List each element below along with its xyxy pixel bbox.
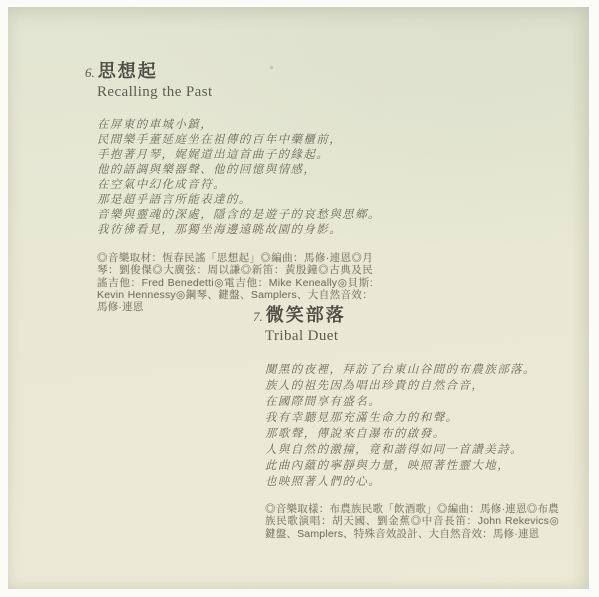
credits-text: ◎音樂取樣：布農族民歌「飲酒歌」◎編曲：馬修·連恩◎布農族民歌演唱：胡天國、劉金… bbox=[265, 503, 559, 540]
poem-line: 我有幸聽見那充滿生命力的和聲。 bbox=[265, 410, 559, 426]
poem-line: 族人的祖先因為唱出珍貴的自然合音， bbox=[265, 378, 559, 394]
track-section-tribal-duet: 7.微笑部落 Tribal Duet 闃黑的夜裡，拜訪了台東山谷間的布農族部落。… bbox=[253, 301, 559, 540]
poem-line: 闃黑的夜裡，拜訪了台東山谷間的布農族部落。 bbox=[265, 362, 559, 378]
track-number: 7. bbox=[253, 309, 263, 324]
poem-line: 在國際間享有盛名。 bbox=[265, 394, 559, 410]
track-title-row: 7.微笑部落 bbox=[253, 301, 559, 327]
poem-line: 他的語調與樂器聲、他的回憶與情感， bbox=[97, 163, 385, 178]
poem-line: 此曲內蘊的寧靜與力量，映照著性靈大地， bbox=[265, 458, 559, 474]
track-title-zh: 思想起 bbox=[98, 61, 158, 81]
poem-line: 在屏東的車城小鎮， bbox=[97, 118, 385, 133]
paper-background: 6.思想起 Recalling the Past 在屏東的車城小鎮， 民間樂手董… bbox=[8, 7, 589, 589]
poem-line: 那是超乎語言所能表達的。 bbox=[97, 193, 385, 208]
track-title-en: Tribal Duet bbox=[265, 328, 559, 345]
track-number: 6. bbox=[85, 65, 95, 80]
poem-line: 人與自然的激撞，竟和諧得如同一首讚美詩。 bbox=[265, 442, 559, 458]
poem-line: 那歌聲，傳說來自瀑布的啟發。 bbox=[265, 426, 559, 442]
track-section-recalling-the-past: 6.思想起 Recalling the Past 在屏東的車城小鎮， 民間樂手董… bbox=[85, 57, 385, 313]
track-title-en: Recalling the Past bbox=[97, 84, 385, 101]
poem-line: 音樂與靈魂的深處，隱含的是遊子的哀愁與思鄉。 bbox=[97, 208, 385, 223]
track-title-row: 6.思想起 bbox=[85, 57, 385, 83]
poem-line: 也映照著人們的心。 bbox=[265, 474, 559, 490]
poem: 闃黑的夜裡，拜訪了台東山谷間的布農族部落。 族人的祖先因為唱出珍貴的自然合音， … bbox=[265, 362, 559, 490]
track-title-zh: 微笑部落 bbox=[266, 305, 346, 325]
poem-line: 我彷彿看見，那獨坐海邊遠眺故園的身影。 bbox=[97, 223, 385, 238]
poem-line: 民間樂手董延庭坐在祖傳的百年中藥櫃前， bbox=[97, 133, 385, 148]
poem-line: 手抱著月琴，娓娓道出這首曲子的緣起。 bbox=[97, 148, 385, 163]
booklet-scan: 6.思想起 Recalling the Past 在屏東的車城小鎮， 民間樂手董… bbox=[0, 0, 599, 597]
poem: 在屏東的車城小鎮， 民間樂手董延庭坐在祖傳的百年中藥櫃前， 手抱著月琴，娓娓道出… bbox=[97, 118, 385, 238]
poem-line: 在空氣中幻化成音符。 bbox=[97, 178, 385, 193]
